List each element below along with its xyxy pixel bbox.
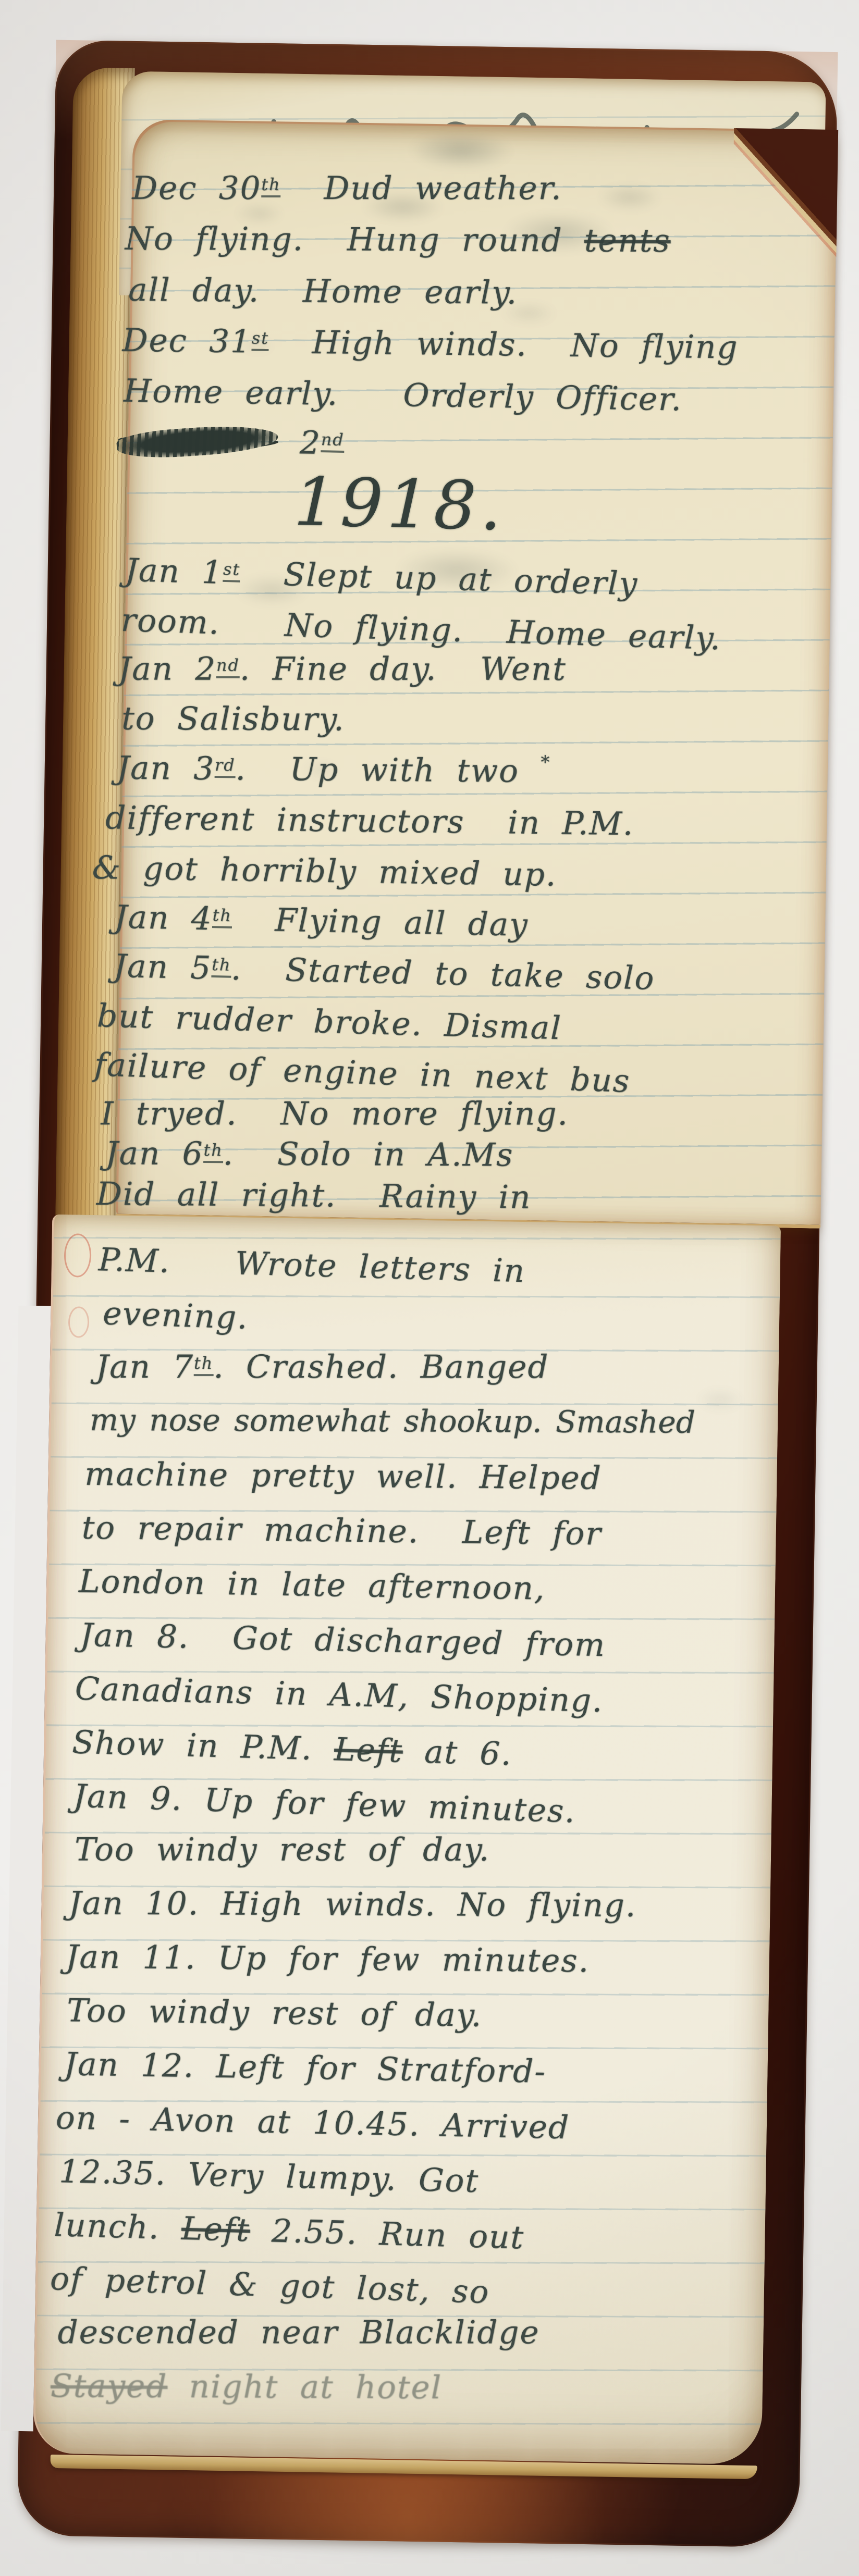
diary-page-top [116, 119, 838, 1229]
ruled-lines [35, 1215, 781, 2465]
dog-ear-corner [731, 128, 838, 286]
diary-page-bottom [33, 1215, 781, 2465]
notebook: Dec 30th Dud weather.No flying. Hung rou… [17, 40, 838, 2548]
ruled-lines [116, 119, 838, 1225]
